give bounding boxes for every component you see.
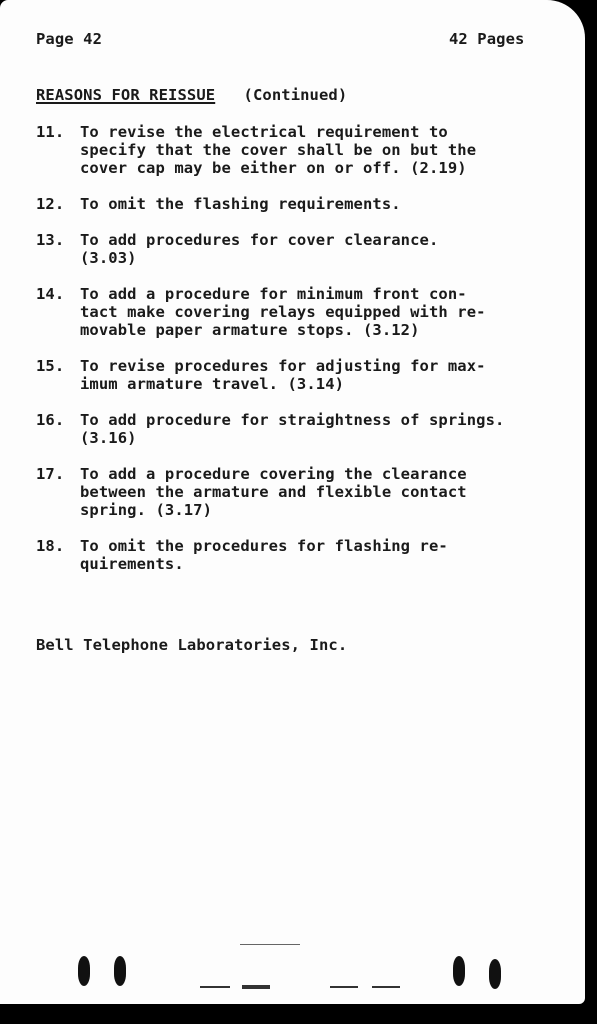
- item-number: 13.: [36, 231, 80, 267]
- section-heading: REASONS FOR REISSUE (Continued): [36, 86, 347, 104]
- document-page: Page 42 42 Pages REASONS FOR REISSUE (Co…: [0, 0, 585, 1004]
- section-subtitle: (Continued): [244, 86, 348, 104]
- punch-hole-icon: [78, 956, 90, 986]
- item-text: To revise procedures for adjusting for m…: [80, 357, 540, 393]
- reasons-list: 11. To revise the electrical requirement…: [36, 123, 546, 591]
- item-text: To add procedure for straightness of spr…: [80, 411, 540, 447]
- list-item: 15. To revise procedures for adjusting f…: [36, 357, 546, 393]
- scan-artifact: [242, 985, 270, 989]
- page-number: Page 42: [36, 30, 102, 48]
- scan-artifact: [372, 986, 400, 988]
- item-number: 12.: [36, 195, 80, 213]
- item-text: To revise the electrical requirement to …: [80, 123, 540, 177]
- scan-artifact: [330, 986, 358, 988]
- list-item: 12. To omit the flashing requirements.: [36, 195, 546, 213]
- list-item: 11. To revise the electrical requirement…: [36, 123, 546, 177]
- item-text: To add a procedure for minimum front con…: [80, 285, 540, 339]
- punch-hole-icon: [489, 959, 501, 989]
- punch-hole-icon: [114, 956, 126, 986]
- punch-hole-icon: [453, 956, 465, 986]
- item-text: To omit the flashing requirements.: [80, 195, 540, 213]
- item-number: 11.: [36, 123, 80, 177]
- total-pages: 42 Pages: [449, 30, 524, 48]
- item-text: To omit the procedures for flashing re- …: [80, 537, 540, 573]
- list-item: 13. To add procedures for cover clearanc…: [36, 231, 546, 267]
- item-number: 16.: [36, 411, 80, 447]
- item-text: To add procedures for cover clearance. (…: [80, 231, 540, 267]
- scan-border: [0, 1004, 597, 1024]
- scan-artifact: [200, 986, 230, 988]
- list-item: 18. To omit the procedures for flashing …: [36, 537, 546, 573]
- item-number: 18.: [36, 537, 80, 573]
- section-title: REASONS FOR REISSUE: [36, 86, 215, 104]
- signature: Bell Telephone Laboratories, Inc.: [36, 636, 347, 654]
- item-text: To add a procedure covering the clearanc…: [80, 465, 540, 519]
- scan-artifact: [240, 944, 300, 945]
- item-number: 14.: [36, 285, 80, 339]
- list-item: 17. To add a procedure covering the clea…: [36, 465, 546, 519]
- list-item: 16. To add procedure for straightness of…: [36, 411, 546, 447]
- list-item: 14. To add a procedure for minimum front…: [36, 285, 546, 339]
- item-number: 17.: [36, 465, 80, 519]
- item-number: 15.: [36, 357, 80, 393]
